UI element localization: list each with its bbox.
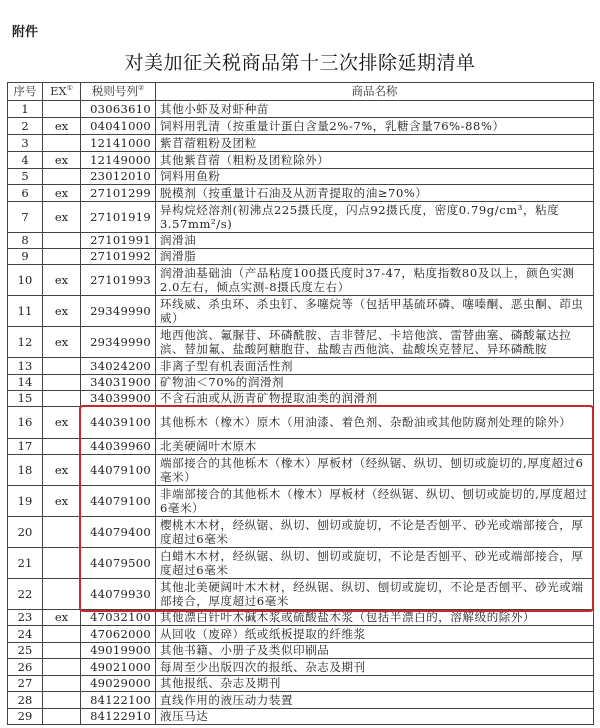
cell-seq: 9 xyxy=(8,249,43,265)
cell-tariff-code: 44039100 xyxy=(81,407,156,439)
cell-tariff-code: 27101992 xyxy=(81,249,156,265)
cell-tariff-code: 49021000 xyxy=(81,659,156,676)
table-row: 2984122910液压马达 xyxy=(8,709,594,725)
cell-tariff-code: 47062000 xyxy=(81,626,156,643)
page-title: 对美加征关税商品第十三次排除延期清单 xyxy=(0,48,600,75)
cell-product-name: 脱模剂（按重量计石油及从沥青提取的油≥70%） xyxy=(156,185,594,202)
cell-product-name: 樱桃木木材，经纵锯、纵切、刨切或旋切，不论是否刨平、砂光或端部接合，厚度超过6毫… xyxy=(156,517,594,548)
cell-ex: ex xyxy=(43,486,81,517)
table-row: 2549019900其他书籍、小册子及类似印刷品 xyxy=(8,643,594,659)
table-row: 23ex47032100其他漂白针叶木碱木浆或硫酸盐木浆（包括半漂白的，溶解级的… xyxy=(8,610,594,626)
table-row: 103063610其他小虾及对虾种苗 xyxy=(8,101,594,118)
table-row: 2749029000其他报纸、杂志及期刊 xyxy=(8,676,594,692)
cell-tariff-code: 34024200 xyxy=(81,358,156,375)
column-header-code: 税则号列② xyxy=(81,83,156,101)
cell-seq: 15 xyxy=(8,391,43,407)
table-row: 16ex44039100其他栎木（橡木）原木（用油漆、着色剂、杂酚油或其他防腐剂… xyxy=(8,407,594,439)
cell-ex xyxy=(43,101,81,118)
cell-seq: 8 xyxy=(8,233,43,249)
table-row: 2244079930其他北美硬阔叶木木材，经纵锯、纵切、刨切或旋切，不论是否刨平… xyxy=(8,579,594,610)
table-row: 312141000紫苜蓿粗粉及团粒 xyxy=(8,135,594,152)
cell-ex xyxy=(43,233,81,249)
cell-tariff-code: 34031900 xyxy=(81,375,156,391)
table-row: 1334024200非离子型有机表面活性剂 xyxy=(8,358,594,375)
cell-tariff-code: 44079400 xyxy=(81,517,156,548)
cell-seq: 3 xyxy=(8,135,43,152)
table-header-row: 序号 EX① 税则号列② 商品名称 xyxy=(8,83,594,101)
cell-tariff-code: 44079930 xyxy=(81,579,156,610)
cell-ex xyxy=(43,517,81,548)
footnote-marker: ② xyxy=(138,84,144,92)
cell-ex xyxy=(43,643,81,659)
cell-product-name: 润滑脂 xyxy=(156,249,594,265)
table-row: 12ex29349990地西他滨、氟脲苷、环磷酰胺、吉非替尼、卡培他滨、雷替曲塞… xyxy=(8,327,594,358)
cell-tariff-code: 84122910 xyxy=(81,709,156,725)
cell-ex: ex xyxy=(43,407,81,439)
cell-tariff-code: 47032100 xyxy=(81,610,156,626)
cell-product-name: 其他紫苜蓿（粗粉及团粒除外） xyxy=(156,152,594,169)
table-row: 1534039900不含石油或从沥青矿物提取油类的润滑剂 xyxy=(8,391,594,407)
cell-tariff-code: 34039900 xyxy=(81,391,156,407)
table-body: 103063610其他小虾及对虾种苗2ex04041000饲料用乳清（按重量计蛋… xyxy=(8,101,594,725)
table-row: 7ex27101919异构烷烃溶剂(初沸点225摄氏度，闪点92摄氏度，密度0.… xyxy=(8,202,594,233)
cell-seq: 28 xyxy=(8,692,43,709)
cell-tariff-code: 04041000 xyxy=(81,118,156,135)
cell-ex: ex xyxy=(43,265,81,296)
cell-tariff-code: 03063610 xyxy=(81,101,156,118)
cell-ex xyxy=(43,391,81,407)
column-header-ex-label: EX xyxy=(50,84,67,98)
cell-product-name: 非离子型有机表面活性剂 xyxy=(156,358,594,375)
cell-tariff-code: 23012010 xyxy=(81,169,156,185)
cell-ex xyxy=(43,709,81,725)
cell-seq: 29 xyxy=(8,709,43,725)
cell-ex xyxy=(43,548,81,579)
cell-tariff-code: 49029000 xyxy=(81,676,156,692)
cell-seq: 18 xyxy=(8,455,43,486)
cell-seq: 25 xyxy=(8,643,43,659)
cell-product-name: 其他栎木（橡木）原木（用油漆、着色剂、杂酚油或其他防腐剂处理的除外） xyxy=(156,407,594,439)
table-row: 10ex27101993润滑油基础油（产品粘度100摄氏度时37-47，粘度指数… xyxy=(8,265,594,296)
cell-ex xyxy=(43,249,81,265)
cell-ex: ex xyxy=(43,185,81,202)
cell-seq: 24 xyxy=(8,626,43,643)
cell-ex xyxy=(43,579,81,610)
cell-ex xyxy=(43,676,81,692)
table-row: 1434031900矿物油＜70%的润滑剂 xyxy=(8,375,594,391)
cell-seq: 20 xyxy=(8,517,43,548)
cell-ex: ex xyxy=(43,327,81,358)
cell-seq: 7 xyxy=(8,202,43,233)
cell-tariff-code: 84122100 xyxy=(81,692,156,709)
table-row: 11ex29349990环线威、杀虫环、杀虫钉、多噻烷等（包括甲基硫环磷、噻嗪酮… xyxy=(8,296,594,327)
cell-seq: 19 xyxy=(8,486,43,517)
cell-ex: ex xyxy=(43,202,81,233)
cell-ex xyxy=(43,135,81,152)
cell-seq: 16 xyxy=(8,407,43,439)
table-row: 2884122100直线作用的液压动力装置 xyxy=(8,692,594,709)
cell-ex xyxy=(43,626,81,643)
cell-seq: 4 xyxy=(8,152,43,169)
cell-seq: 27 xyxy=(8,676,43,692)
cell-product-name: 饲料用乳清（按重量计蛋白含量2%-7%，乳糖含量76%-88%） xyxy=(156,118,594,135)
cell-tariff-code: 27101993 xyxy=(81,265,156,296)
cell-product-name: 北美硬阔叶木原木 xyxy=(156,439,594,455)
cell-product-name: 润滑油基础油（产品粘度100摄氏度时37-47，粘度指数80及以上，颜色实测2.… xyxy=(156,265,594,296)
cell-ex: ex xyxy=(43,610,81,626)
table-row: 2144079500白蜡木木材，经纵锯、纵切、刨切或旋切，不论是否刨平、砂光或端… xyxy=(8,548,594,579)
cell-product-name: 紫苜蓿粗粉及团粒 xyxy=(156,135,594,152)
cell-ex xyxy=(43,659,81,676)
cell-ex: ex xyxy=(43,455,81,486)
cell-ex xyxy=(43,375,81,391)
cell-tariff-code: 27101919 xyxy=(81,202,156,233)
cell-seq: 5 xyxy=(8,169,43,185)
cell-seq: 2 xyxy=(8,118,43,135)
column-header-name: 商品名称 xyxy=(156,83,594,101)
cell-ex xyxy=(43,439,81,455)
table-row: 2ex04041000饲料用乳清（按重量计蛋白含量2%-7%，乳糖含量76%-8… xyxy=(8,118,594,135)
cell-tariff-code: 44079100 xyxy=(81,486,156,517)
cell-seq: 23 xyxy=(8,610,43,626)
column-header-code-label: 税则号列 xyxy=(92,84,138,98)
cell-tariff-code: 12141000 xyxy=(81,135,156,152)
column-header-seq-label: 序号 xyxy=(14,84,37,98)
cell-seq: 21 xyxy=(8,548,43,579)
cell-ex: ex xyxy=(43,152,81,169)
table-row: 927101992润滑脂 xyxy=(8,249,594,265)
cell-product-name: 其他漂白针叶木碱木浆或硫酸盐木浆（包括半漂白的，溶解级的除外） xyxy=(156,610,594,626)
cell-seq: 26 xyxy=(8,659,43,676)
cell-seq: 10 xyxy=(8,265,43,296)
cell-tariff-code: 12149000 xyxy=(81,152,156,169)
cell-seq: 14 xyxy=(8,375,43,391)
exclusion-list-table: 序号 EX① 税则号列② 商品名称 103063610其他小虾及对虾种苗2ex0… xyxy=(7,82,594,725)
cell-seq: 17 xyxy=(8,439,43,455)
cell-seq: 11 xyxy=(8,296,43,327)
cell-product-name: 每周至少出版四次的报纸、杂志及期刊 xyxy=(156,659,594,676)
cell-tariff-code: 29349990 xyxy=(81,327,156,358)
cell-tariff-code: 27101991 xyxy=(81,233,156,249)
cell-tariff-code: 49019900 xyxy=(81,643,156,659)
column-header-ex: EX① xyxy=(43,83,81,101)
cell-product-name: 其他北美硬阔叶木木材，经纵锯、纵切、刨切或旋切，不论是否刨平、砂光或端部接合，厚… xyxy=(156,579,594,610)
cell-product-name: 饲料用鱼粉 xyxy=(156,169,594,185)
cell-seq: 22 xyxy=(8,579,43,610)
cell-product-name: 矿物油＜70%的润滑剂 xyxy=(156,375,594,391)
cell-tariff-code: 44039960 xyxy=(81,439,156,455)
cell-product-name: 不含石油或从沥青矿物提取油类的润滑剂 xyxy=(156,391,594,407)
cell-product-name: 液压马达 xyxy=(156,709,594,725)
cell-product-name: 其他书籍、小册子及类似印刷品 xyxy=(156,643,594,659)
cell-product-name: 地西他滨、氟脲苷、环磷酰胺、吉非替尼、卡培他滨、雷替曲塞、磷酸氟达拉滨、替加氟、… xyxy=(156,327,594,358)
table-row: 1744039960北美硬阔叶木原木 xyxy=(8,439,594,455)
cell-product-name: 润滑油 xyxy=(156,233,594,249)
cell-seq: 13 xyxy=(8,358,43,375)
table-row: 19ex44079100非端部接合的其他栎木（橡木）厚板材（经纵锯、纵切、刨切或… xyxy=(8,486,594,517)
table-row: 523012010饲料用鱼粉 xyxy=(8,169,594,185)
cell-tariff-code: 27101299 xyxy=(81,185,156,202)
table-row: 18ex44079100端部接合的其他栎木（橡木）厚板材（经纵锯、纵切、刨切或旋… xyxy=(8,455,594,486)
cell-tariff-code: 29349990 xyxy=(81,296,156,327)
cell-seq: 12 xyxy=(8,327,43,358)
cell-ex xyxy=(43,692,81,709)
cell-ex: ex xyxy=(43,296,81,327)
cell-tariff-code: 44079100 xyxy=(81,455,156,486)
column-header-seq: 序号 xyxy=(8,83,43,101)
cell-ex xyxy=(43,169,81,185)
cell-product-name: 其他报纸、杂志及期刊 xyxy=(156,676,594,692)
cell-seq: 6 xyxy=(8,185,43,202)
cell-product-name: 白蜡木木材，经纵锯、纵切、刨切或旋切，不论是否刨平、砂光或端部接合，厚度超过6毫… xyxy=(156,548,594,579)
cell-ex xyxy=(43,358,81,375)
table-row: 6ex27101299脱模剂（按重量计石油及从沥青提取的油≥70%） xyxy=(8,185,594,202)
cell-product-name: 其他小虾及对虾种苗 xyxy=(156,101,594,118)
cell-product-name: 端部接合的其他栎木（橡木）厚板材（经纵锯、纵切、刨切或旋切的,厚度超过6毫米） xyxy=(156,455,594,486)
table-row: 4ex12149000其他紫苜蓿（粗粉及团粒除外） xyxy=(8,152,594,169)
table-row: 827101991润滑油 xyxy=(8,233,594,249)
table-row: 2649021000每周至少出版四次的报纸、杂志及期刊 xyxy=(8,659,594,676)
attachment-label: 附件 xyxy=(12,21,38,40)
cell-product-name: 直线作用的液压动力装置 xyxy=(156,692,594,709)
table-row: 2447062000从回收（废碎）纸或纸板提取的纤维浆 xyxy=(8,626,594,643)
cell-seq: 1 xyxy=(8,101,43,118)
cell-product-name: 环线威、杀虫环、杀虫钉、多噻烷等（包括甲基硫环磷、噻嗪酮、恶虫酮、茚虫威） xyxy=(156,296,594,327)
column-header-name-label: 商品名称 xyxy=(352,84,398,98)
cell-product-name: 非端部接合的其他栎木（橡木）厚板材（经纵锯、纵切、刨切或旋切的,厚度超过6毫米） xyxy=(156,486,594,517)
cell-product-name: 异构烷烃溶剂(初沸点225摄氏度，闪点92摄氏度，密度0.79g/cm³，粘度3… xyxy=(156,202,594,233)
cell-ex: ex xyxy=(43,118,81,135)
cell-tariff-code: 44079500 xyxy=(81,548,156,579)
cell-product-name: 从回收（废碎）纸或纸板提取的纤维浆 xyxy=(156,626,594,643)
footnote-marker: ① xyxy=(67,84,73,92)
table-row: 2044079400樱桃木木材，经纵锯、纵切、刨切或旋切，不论是否刨平、砂光或端… xyxy=(8,517,594,548)
